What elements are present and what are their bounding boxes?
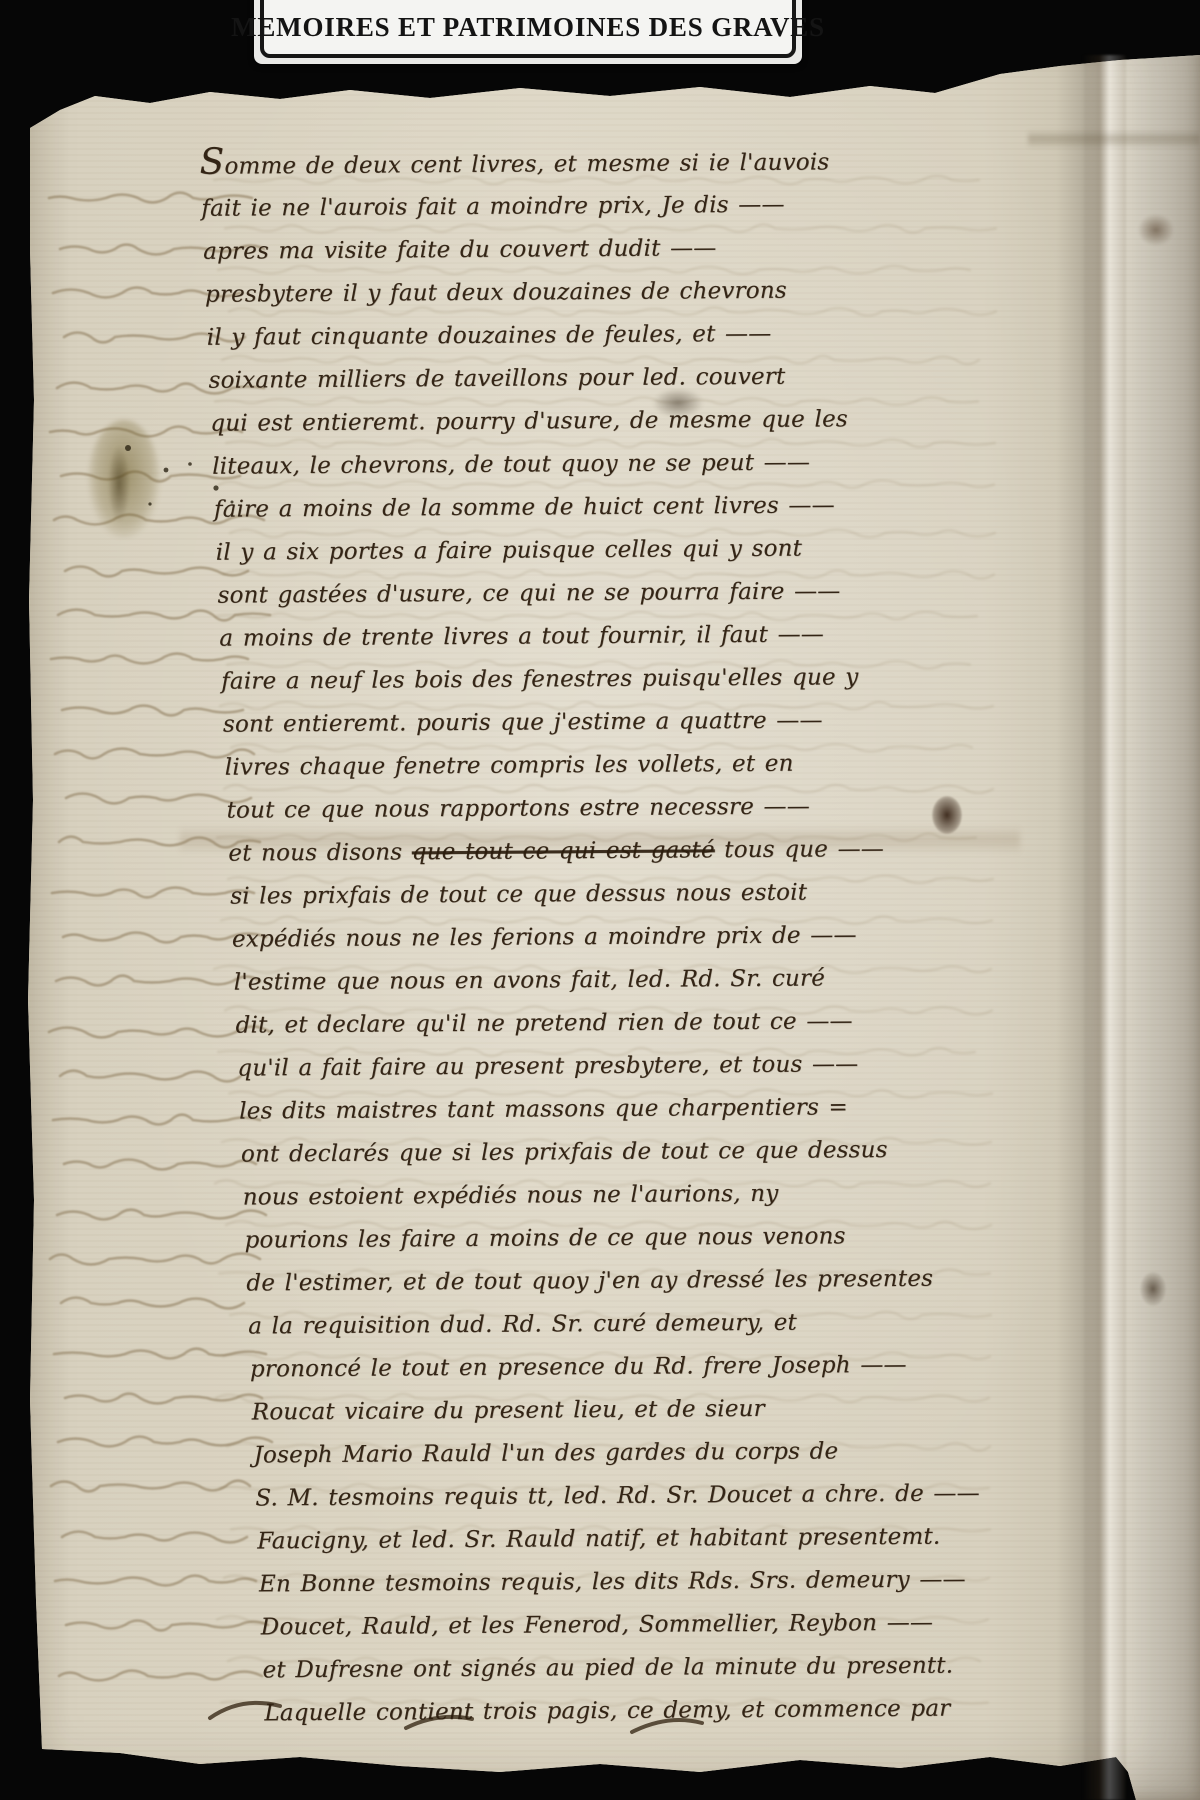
manuscript-line: il y faut cinquante douzaines de feules,… — [207, 319, 1001, 368]
manuscript-line: Somme de deux cent livres, et mesme si i… — [199, 147, 999, 196]
manuscript-line: Joseph Mario Rauld l'un des gardes du co… — [253, 1437, 1008, 1485]
archive-label-plate: MEMOIRES ET PATRIMOINES DES GRAVES — [254, 0, 802, 64]
manuscript-line: soixante milliers de taveillons pour led… — [208, 362, 1001, 411]
manuscript-line: l'estime que nous en avons fait, led. Rd… — [234, 964, 1006, 1012]
stain-top-right — [1138, 214, 1174, 246]
manuscript-line: En Bonne tesmoins requis, les dits Rds. … — [259, 1566, 1010, 1614]
manuscript-line: tout ce que nous rapportons estre necess… — [226, 792, 1004, 840]
manuscript-line: dit, et declare qu'il ne pretend rien de… — [235, 1007, 1005, 1055]
manuscript-line: les dits maistres tant massons que charp… — [239, 1093, 1006, 1141]
vertical-fold-crease — [1082, 55, 1126, 1800]
manuscript-line: sont gastées d'usure, ce qui ne se pourr… — [217, 577, 1002, 625]
manuscript-line: qu'il a fait faire au present presbytere… — [237, 1050, 1006, 1098]
manuscript-line: qui est entieremt. pourry d'usure, de me… — [210, 405, 1001, 454]
manuscript-line: Doucet, Rauld, et les Fenerod, Sommellie… — [261, 1609, 1010, 1657]
manuscript-line: liteaux, le chevrons, de tout quoy ne se… — [212, 448, 1002, 497]
manuscript-line: sont entieremt. pouris que j'estime a qu… — [223, 706, 1004, 754]
manuscript-line: Laquelle contient trois pagis, ce demy, … — [264, 1695, 1010, 1743]
manuscript-line: nous estoient expédiés nous ne l'aurions… — [243, 1179, 1007, 1227]
manuscript-line: ont declarés que si les prixfais de tout… — [241, 1136, 1007, 1184]
manuscript-lines: Somme de deux cent livres, et mesme si i… — [199, 147, 1010, 1744]
manuscript-line: de l'estimer, et de tout quoy j'en ay dr… — [246, 1265, 1007, 1313]
manuscript-line: S. M. tesmoins requis tt, led. Rd. Sr. D… — [255, 1480, 1009, 1528]
manuscript-line: apres ma visite faite du couvert dudit —… — [203, 233, 1000, 282]
manuscript-line: expédiés nous ne les ferions a moindre p… — [232, 921, 1005, 969]
stain-mid-right — [1140, 1272, 1166, 1306]
manuscript-line: presbytere il y faut deux douzaines de c… — [205, 276, 1001, 325]
horizontal-crease-top-right — [1028, 130, 1200, 148]
manuscript-line: si les prixfais de tout ce que dessus no… — [230, 878, 1005, 926]
manuscript-line: il y a six portes a faire puisque celles… — [216, 534, 1003, 582]
scan-stage: MEMOIRES ET PATRIMOINES DES GRAVES Somme… — [0, 0, 1200, 1800]
manuscript-line: faire a neuf les bois des fenestres puis… — [221, 663, 1003, 711]
manuscript-line: prononcé le tout en presence du Rd. frer… — [250, 1351, 1008, 1399]
manuscript-line: faire a moins de la somme de huict cent … — [214, 491, 1002, 540]
manuscript-line: pourions les faire a moins de ce que nou… — [244, 1222, 1007, 1270]
archive-label-text: MEMOIRES ET PATRIMOINES DES GRAVES — [231, 12, 825, 43]
archive-label-frame: MEMOIRES ET PATRIMOINES DES GRAVES — [260, 0, 796, 58]
manuscript-line: Faucigny, et led. Sr. Rauld natif, et ha… — [257, 1523, 1009, 1571]
manuscript-line: a moins de trente livres a tout fournir,… — [219, 620, 1003, 668]
manuscript-line: et nous disons que tout ce qui est gasté… — [228, 835, 1004, 883]
manuscript-line: Roucat vicaire du present lieu, et de si… — [252, 1394, 1009, 1442]
manuscript-line: et Dufresne ont signés au pied de la min… — [262, 1652, 1010, 1700]
manuscript-line: fait ie ne l'aurois fait a moindre prix,… — [201, 190, 1000, 239]
manuscript-line: a la requisition dud. Rd. Sr. curé demeu… — [248, 1308, 1008, 1356]
manuscript-line: livres chaque fenetre compris les vollet… — [225, 749, 1004, 797]
